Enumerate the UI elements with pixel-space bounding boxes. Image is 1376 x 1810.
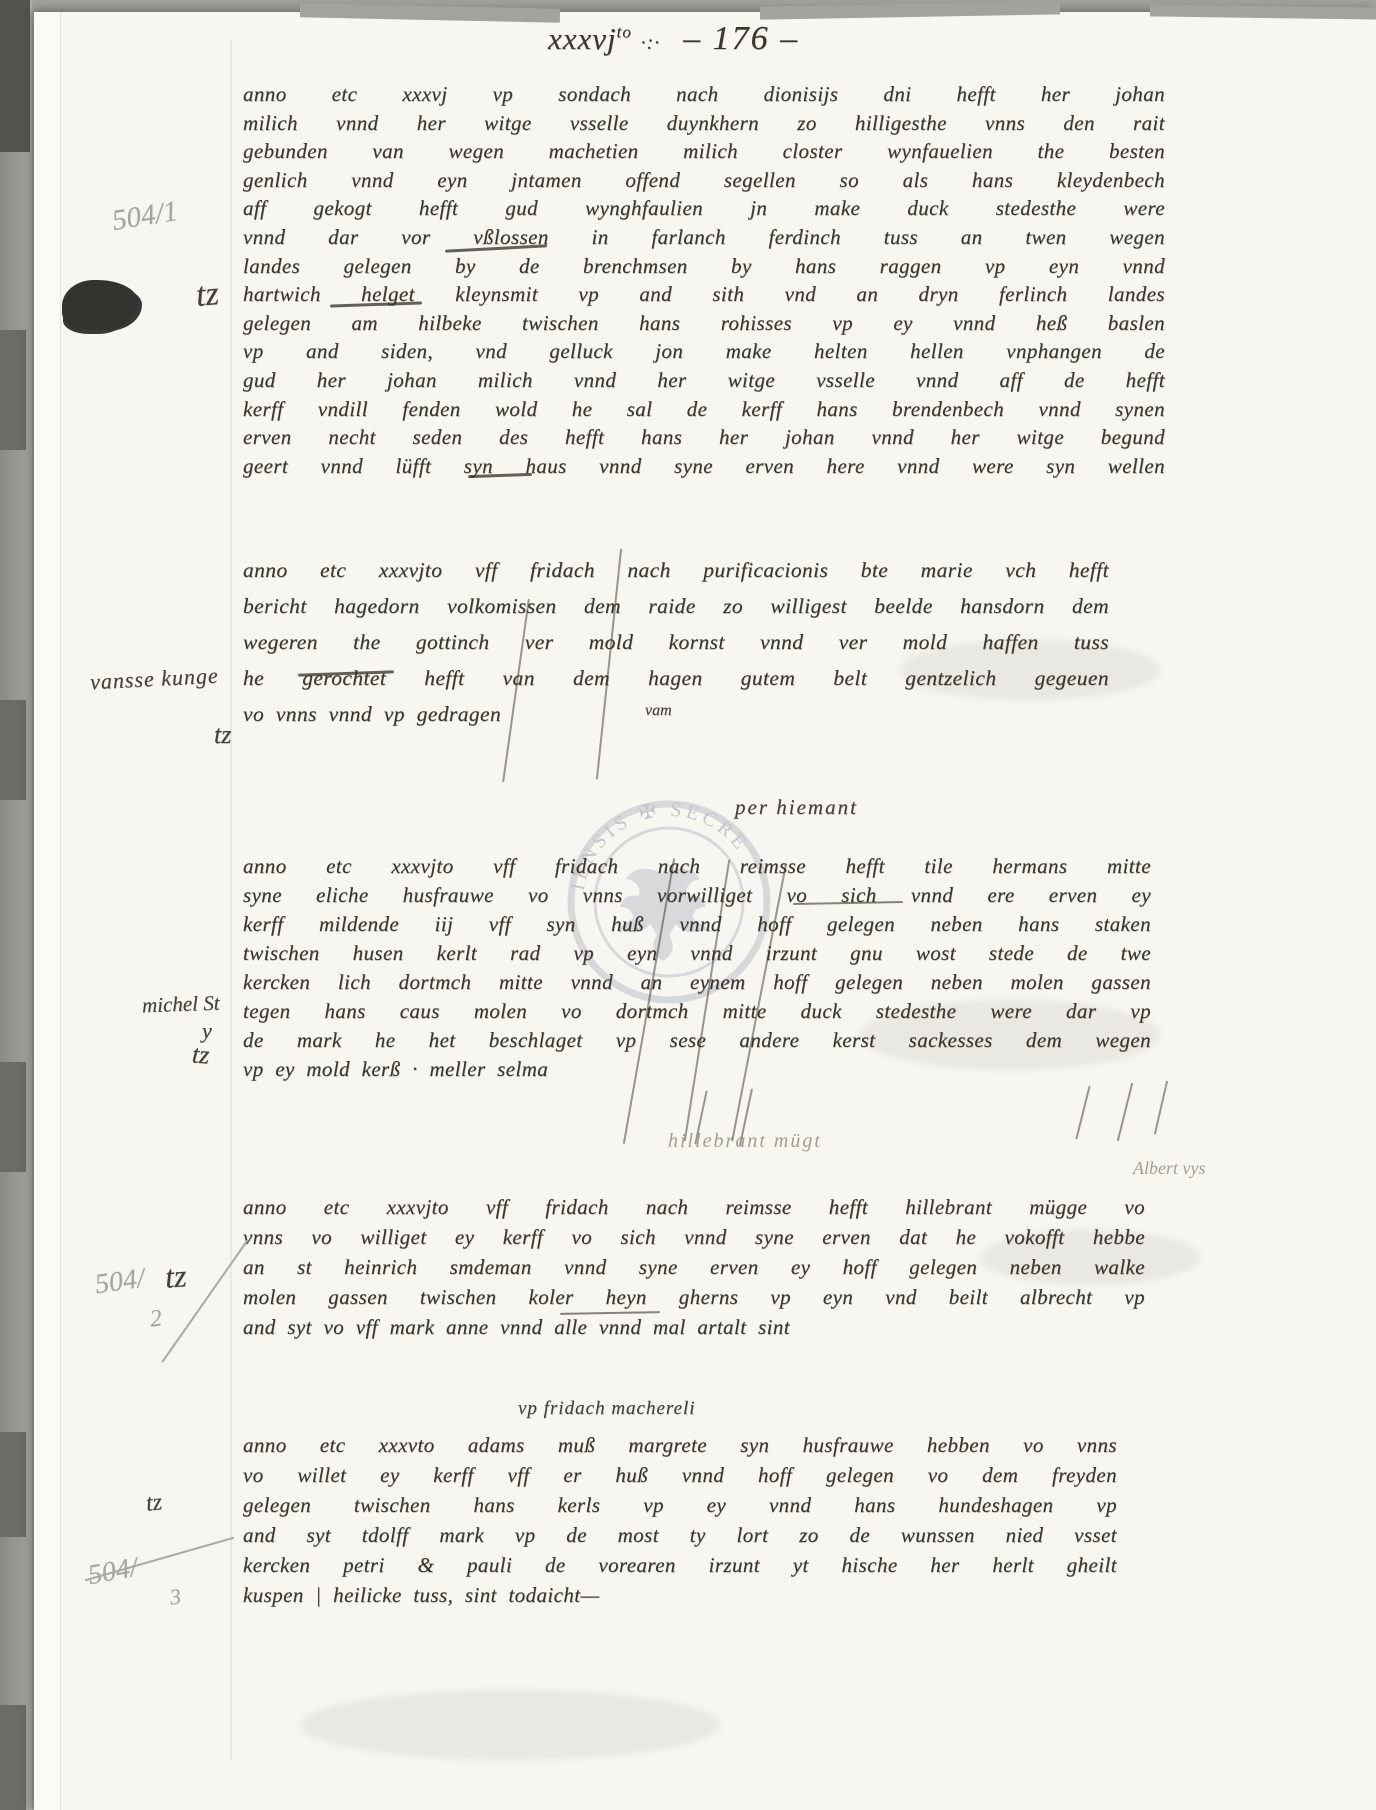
manuscript-line: vo vnns vnnd vp gedragen bbox=[243, 696, 1109, 732]
manuscript-line: and syt vo vff mark anne vnnd alle vnnd … bbox=[243, 1312, 1145, 1342]
manuscript-line: milich vnnd her witge vsselle duynkhern … bbox=[243, 109, 1165, 138]
manuscript-line: gelegen twischen hans kerls vp ey vnnd h… bbox=[243, 1490, 1117, 1520]
page-number: – 176 – bbox=[683, 20, 799, 57]
manuscript-line: aff gekogt hefft gud wynghfaulien jn mak… bbox=[243, 194, 1165, 223]
spine-tab bbox=[0, 330, 26, 450]
manuscript-line: anno etc xxxvjto vff fridach nach reimss… bbox=[243, 1192, 1145, 1222]
note-per-hiemant: per hiemant bbox=[735, 795, 858, 820]
manuscript-line: anno etc xxxvjto vff fridach nach reimss… bbox=[243, 852, 1151, 881]
chancery-mark: tz bbox=[191, 1039, 210, 1070]
page-edge bbox=[34, 12, 61, 1810]
interline-correction: vam bbox=[645, 702, 672, 720]
manuscript-line: gebunden van wegen machetien milich clos… bbox=[243, 137, 1165, 166]
chancery-mark: tz bbox=[145, 1489, 164, 1518]
manuscript-line: anno etc xxxvjto vff fridach nach purifi… bbox=[243, 552, 1109, 588]
folio-heading-dots: ·:· bbox=[641, 32, 661, 54]
manuscript-line: an st heinrich smdeman vnnd syne erven e… bbox=[243, 1252, 1145, 1282]
spine-tab bbox=[0, 1705, 26, 1810]
book-spine-edge bbox=[0, 0, 32, 1810]
manuscript-line: twischen husen kerlt rad vp eyn vnnd irz… bbox=[243, 939, 1151, 968]
spine-tab bbox=[0, 1432, 26, 1537]
entry-4-text: anno etc xxxvjto vff fridach nach reimss… bbox=[243, 1192, 1145, 1342]
manuscript-line: tegen hans caus molen vo dortmch mitte d… bbox=[243, 997, 1151, 1026]
chancery-mark: tz bbox=[164, 1257, 188, 1295]
manuscript-line: vnns vo williget ey kerff vo sich vnnd s… bbox=[243, 1222, 1145, 1252]
manuscript-line: kuspen | heilicke tuss, sint todaicht— bbox=[243, 1580, 1117, 1610]
manuscript-line: landes gelegen by de brenchmsen by hans … bbox=[243, 252, 1165, 281]
entry-3-text: anno etc xxxvjto vff fridach nach reimss… bbox=[243, 852, 1151, 1084]
manuscript-line: anno etc xxxvto adams muß margrete syn h… bbox=[243, 1430, 1117, 1460]
entry-1-text: anno etc xxxvj vp sondach nach dionisijs… bbox=[243, 80, 1165, 480]
manuscript-line: kerff mildende iij vff syn huß vnnd hoff… bbox=[243, 910, 1151, 939]
fold-crease bbox=[230, 40, 232, 1760]
manuscript-line: geert vnnd lüfft syn haus vnnd syne erve… bbox=[243, 452, 1165, 481]
manuscript-scan: IENSIS ✠ SECRE xxxvjto ·:· – 176 – anno … bbox=[0, 0, 1376, 1810]
folio-heading-word: xxxvj bbox=[548, 21, 617, 56]
manuscript-line: genlich vnnd eyn jntamen offend segellen… bbox=[243, 166, 1165, 195]
chancery-mark: tz bbox=[214, 720, 231, 750]
manuscript-line: he gerochtet hefft van dem hagen gutem b… bbox=[243, 660, 1109, 696]
note-hillebrant: hillebrant mügt bbox=[668, 1130, 822, 1153]
entry-5-heading: vp fridach machereli bbox=[518, 1398, 696, 1420]
manuscript-line: kercken lich dortmch mitte vnnd an eynem… bbox=[243, 968, 1151, 997]
margin-note-michel: michel St bbox=[142, 991, 220, 1019]
folio-header: xxxvjto ·:· – 176 – bbox=[548, 20, 799, 58]
manuscript-line: molen gassen twischen koler heyn gherns … bbox=[243, 1282, 1145, 1312]
manuscript-line: gelegen am hilbeke twischen hans rohisse… bbox=[243, 309, 1165, 338]
manuscript-line: gud her johan milich vnnd her witge vsse… bbox=[243, 366, 1165, 395]
manuscript-line: kerff vndill fenden wold he sal de kerff… bbox=[243, 395, 1165, 424]
manuscript-line: wegeren the gottinch ver mold kornst vnn… bbox=[243, 624, 1109, 660]
bleedthrough-smudge bbox=[300, 1690, 720, 1760]
manuscript-line: vo willet ey kerff vff er huß vnnd hoff … bbox=[243, 1460, 1117, 1490]
folio-heading-sup: to bbox=[617, 23, 632, 42]
entry-5-text: anno etc xxxvto adams muß margrete syn h… bbox=[243, 1430, 1117, 1610]
manuscript-line: erven necht seden des hefft hans her joh… bbox=[243, 423, 1165, 452]
spine-tab bbox=[0, 700, 26, 800]
manuscript-line: anno etc xxxvj vp sondach nach dionisijs… bbox=[243, 80, 1165, 109]
chancery-mark: tz bbox=[194, 275, 220, 315]
manuscript-line: vnnd dar vor vßlossen in farlanch ferdin… bbox=[243, 223, 1165, 252]
manuscript-line: bericht hagedorn volkomissen dem raide z… bbox=[243, 588, 1109, 624]
note-albert-vys: Albert vys bbox=[1133, 1158, 1205, 1179]
spine-shadow-block bbox=[0, 0, 30, 152]
manuscript-line: and syt tdolff mark vp de most ty lort z… bbox=[243, 1520, 1117, 1550]
entry-2-text: anno etc xxxvjto vff fridach nach purifi… bbox=[243, 552, 1109, 732]
manuscript-line: vp and siden, vnd gelluck jon make helte… bbox=[243, 337, 1165, 366]
spine-tab bbox=[0, 1062, 26, 1172]
manuscript-line: kercken petri & pauli de vorearen irzunt… bbox=[243, 1550, 1117, 1580]
manuscript-line: syne eliche husfrauwe vo vnns vorwillige… bbox=[243, 881, 1151, 910]
